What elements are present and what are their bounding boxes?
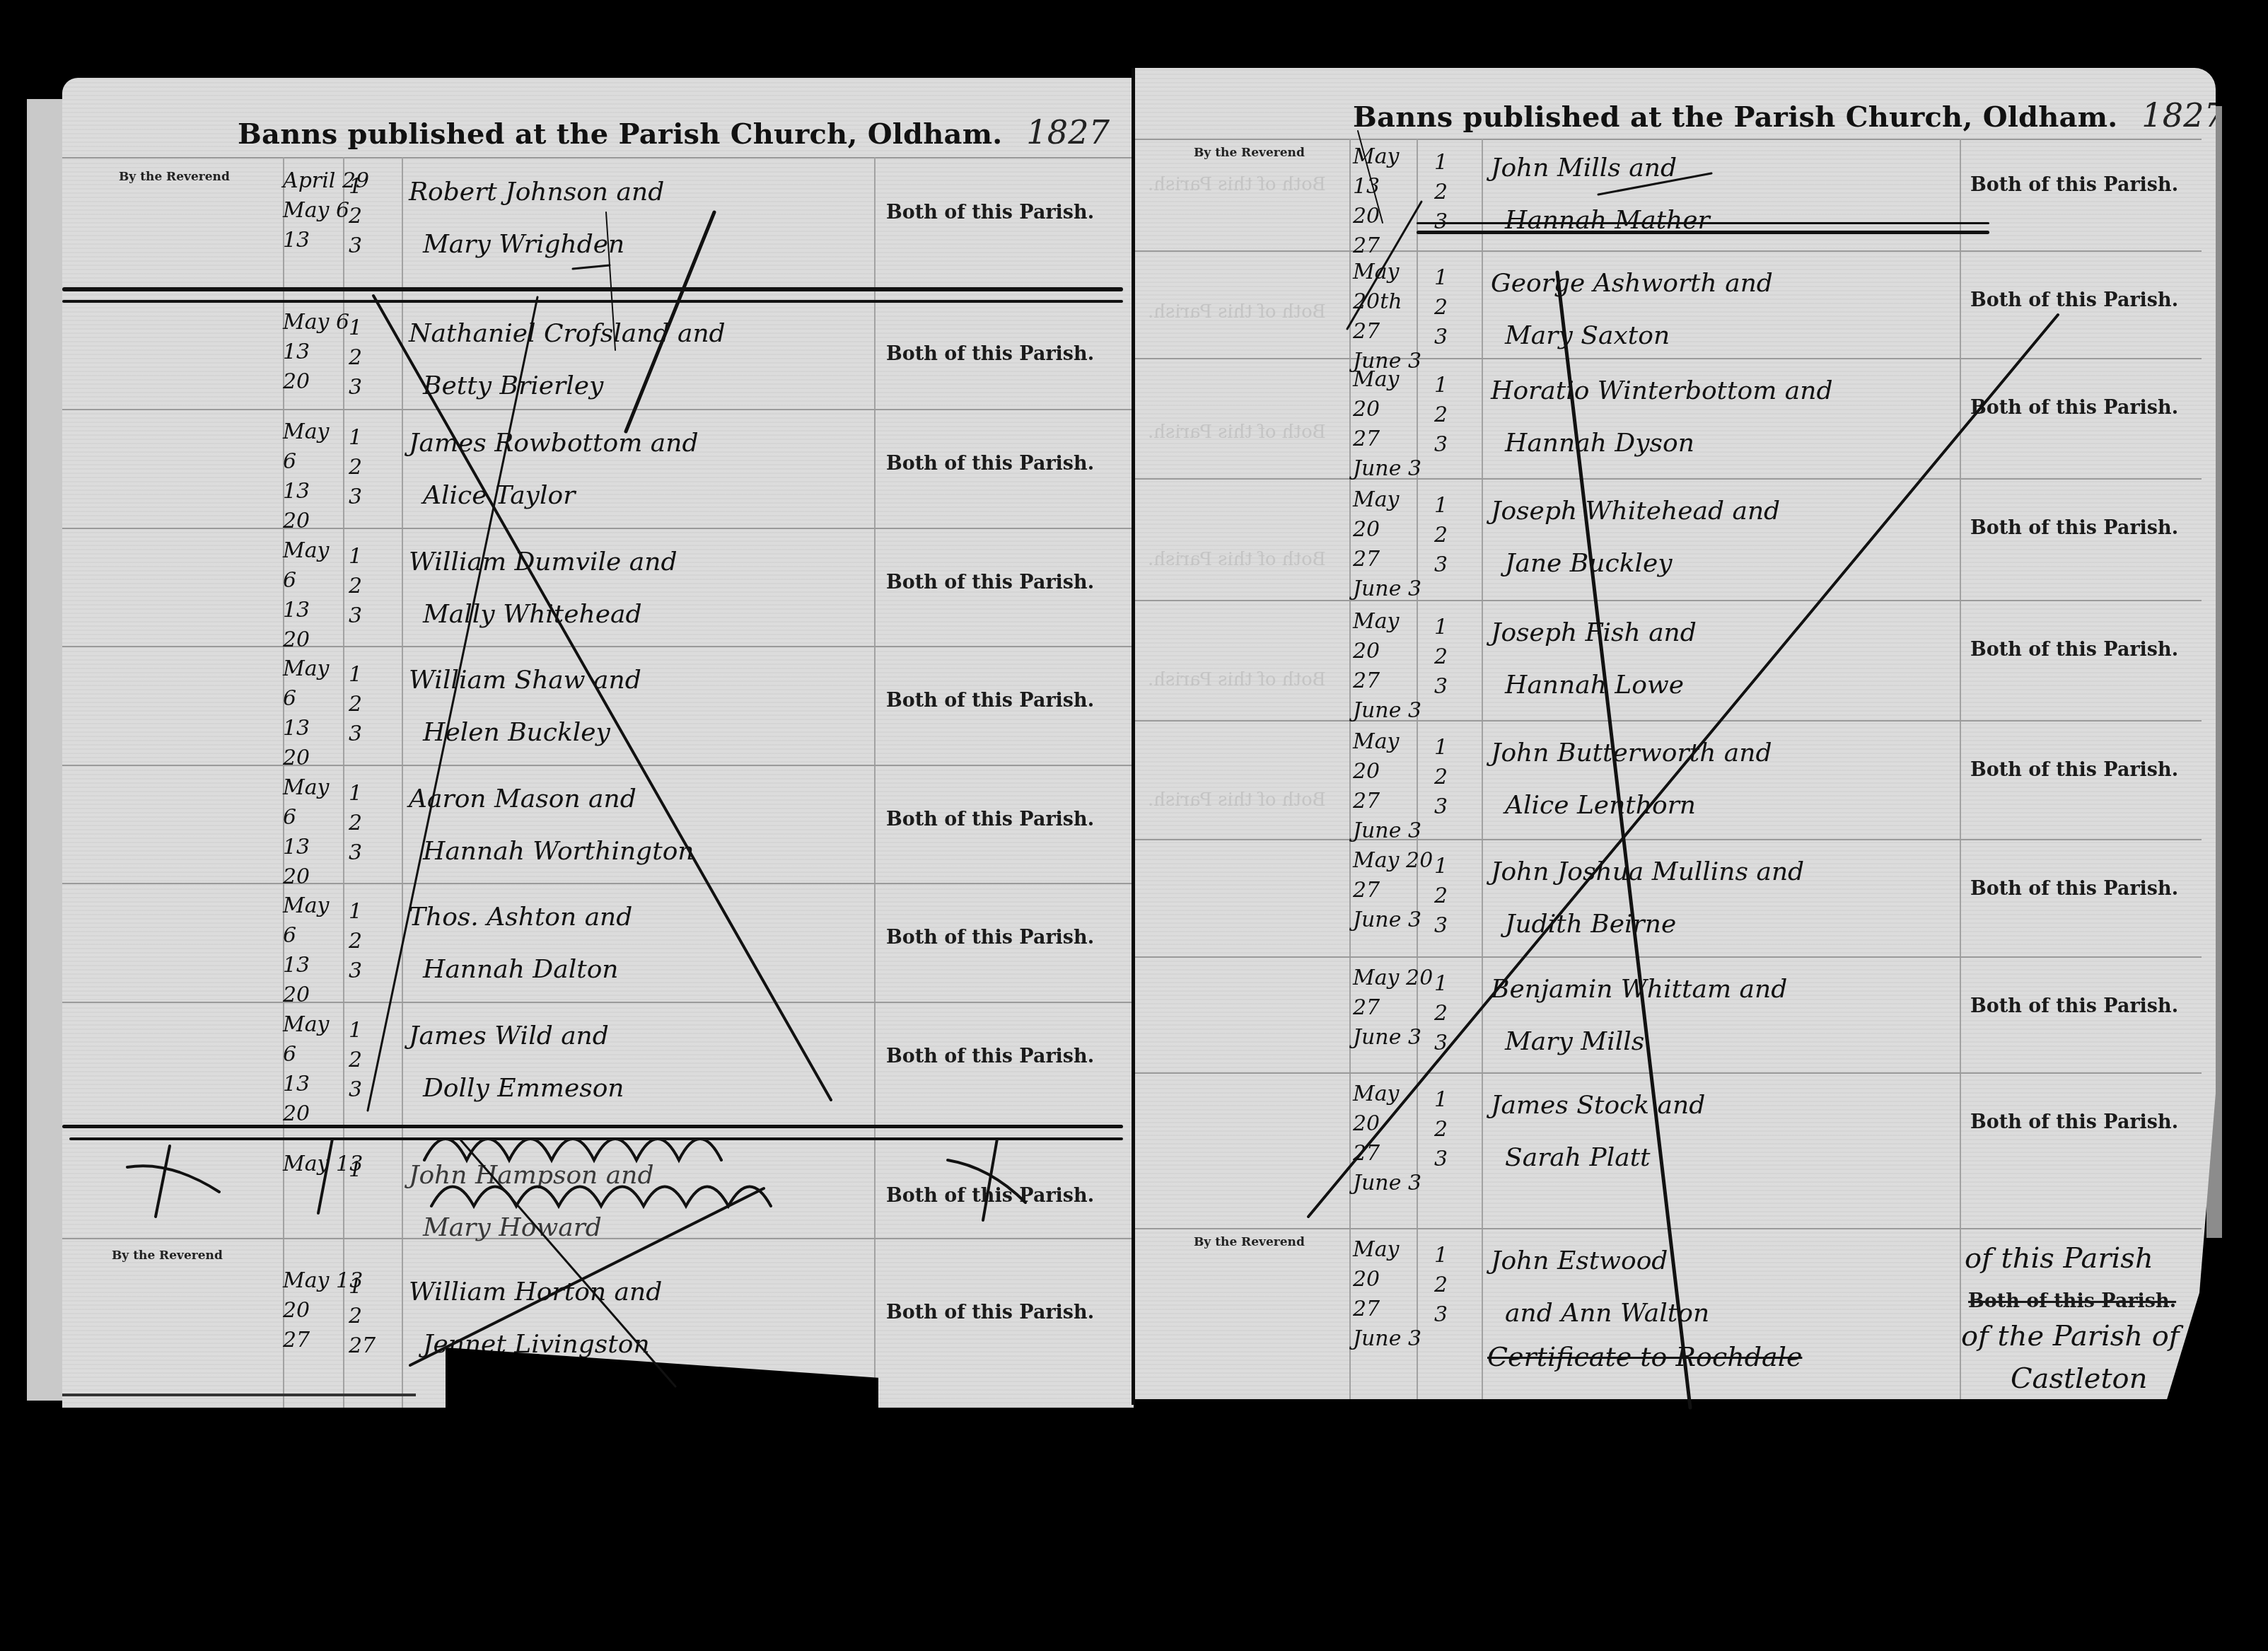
- year-handwritten: 1827: [2141, 96, 2216, 134]
- groom-name: Nathaniel Crofsland and: [409, 308, 726, 360]
- bride-name: Hannah Dalton: [409, 944, 632, 996]
- publication-numbers: 1 2 27: [349, 1272, 376, 1361]
- book-gutter: [1132, 68, 1135, 1405]
- parish-status: Both of this Parish.: [1970, 639, 2178, 661]
- bride-name: Helen Buckley: [409, 707, 641, 759]
- groom-name: John Mills and: [1491, 142, 1710, 195]
- parish-status: Both of this Parish.: [1970, 759, 2178, 781]
- bride-parish-handwritten: of the Parish of: [1961, 1320, 2180, 1352]
- double-rule: [69, 1137, 1123, 1140]
- bottom-rule: [62, 1394, 416, 1396]
- groom-name: James Stock and: [1491, 1079, 1705, 1132]
- publication-numbers: 1 2 3: [349, 897, 362, 986]
- officiant-label: By the Reverend: [112, 1249, 223, 1263]
- row-rule: [1134, 478, 2202, 480]
- parish-status: Both of this Parish.: [886, 927, 1094, 949]
- parish-status: Both of this Parish.: [886, 809, 1094, 830]
- publication-numbers: 1 2 3: [1434, 969, 1448, 1058]
- bride-name: Alice Taylor: [409, 470, 698, 522]
- publication-dates: May 20th 27 June 3: [1353, 257, 1421, 376]
- publication-dates: May 20 27 June 3: [1353, 607, 1421, 726]
- left-page: Banns published at the Parish Church, Ol…: [62, 78, 1134, 1408]
- row-rule: [1134, 956, 2202, 958]
- publication-numbers: 1 2 3: [349, 423, 362, 512]
- groom-name: William Shaw and: [409, 654, 641, 707]
- couple-names: William Dumvile andMally Whitehead: [409, 536, 677, 641]
- bleed-through-text: Both of this Parish.: [1148, 422, 1326, 443]
- bride-name: Mally Whitehead: [409, 589, 677, 641]
- groom-name: John Joshua Mullins and: [1491, 846, 1804, 898]
- officiant-label: By the Reverend: [1194, 146, 1305, 160]
- parish-status: Both of this Parish.: [1970, 289, 2178, 311]
- officiant-label: By the Reverend: [1194, 1235, 1305, 1249]
- parish-status: Both of this Parish.: [1970, 397, 2178, 419]
- groom-name: William Dumvile and: [409, 536, 677, 589]
- publication-numbers: 1 2 3: [1434, 491, 1448, 580]
- couple-names: George Ashworth andMary Saxton: [1491, 257, 1773, 362]
- publication-dates: May 20 27 June 3: [1353, 1235, 1421, 1354]
- column-rule-date: [1349, 139, 1351, 1399]
- bride-name: Mary Howard: [409, 1202, 653, 1254]
- bride-name: Mary Saxton: [1491, 310, 1773, 362]
- row-rule: [62, 765, 1134, 766]
- publication-numbers: 1 2 3: [1434, 1241, 1448, 1330]
- header-rule: [1134, 139, 2202, 140]
- bleed-through-text: Both of this Parish.: [1148, 301, 1326, 323]
- groom-name: George Ashworth and: [1491, 257, 1773, 310]
- publication-numbers: 1 2 3: [1434, 852, 1448, 941]
- bleed-through-text: Both of this Parish.: [1148, 789, 1326, 811]
- couple-names: John Estwoodand Ann Walton: [1491, 1235, 1709, 1340]
- printed-parish-struck: Both of this Parish.: [1968, 1290, 2176, 1312]
- double-rule: [62, 300, 1123, 303]
- couple-names: Thos. Ashton andHannah Dalton: [409, 891, 632, 996]
- couple-names: Aaron Mason andHannah Worthington: [409, 773, 694, 878]
- bride-name: Alice Lenthorn: [1491, 780, 1772, 832]
- bleed-through-text: Both of this Parish.: [1148, 669, 1326, 690]
- bride-name: Mary Mills: [1491, 1016, 1787, 1068]
- groom-name: Aaron Mason and: [409, 773, 694, 825]
- groom-name: James Wild and: [409, 1010, 624, 1062]
- double-rule: [62, 1125, 1123, 1128]
- bride-name: Jane Buckley: [1491, 538, 1780, 590]
- bride-parish-place: Castleton: [2011, 1362, 2147, 1395]
- year-handwritten: 1827: [1026, 113, 1110, 151]
- couple-names: Robert Johnson andMary Wrighden: [409, 166, 664, 271]
- couple-names: James Wild andDolly Emmeson: [409, 1010, 624, 1115]
- column-rule-parish: [874, 157, 876, 1408]
- parish-status: Both of this Parish.: [1970, 517, 2178, 539]
- publication-dates: May 20 27 June 3: [1353, 846, 1433, 935]
- publication-numbers: 1 2 3: [349, 172, 362, 261]
- couple-names: James Stock andSarah Platt: [1491, 1079, 1705, 1184]
- title-text: Banns published at the Parish Church, Ol…: [1353, 100, 2117, 134]
- parish-status: Both of this Parish.: [886, 343, 1094, 365]
- parish-status: Both of this Parish.: [886, 572, 1094, 593]
- groom-name: Robert Johnson and: [409, 166, 664, 219]
- publication-numbers: 1 2 3: [349, 660, 362, 749]
- header-rule: [62, 157, 1134, 158]
- couple-names: Joseph Whitehead andJane Buckley: [1491, 485, 1780, 590]
- bride-name: Hannah Mather: [1491, 195, 1710, 247]
- row-rule: [1134, 600, 2202, 601]
- column-rule-names: [402, 157, 403, 1408]
- groom-name: Benjamin Whittam and: [1491, 963, 1787, 1016]
- column-rule-names: [1482, 139, 1483, 1399]
- groom-parish-handwritten: of this Parish: [1965, 1242, 2153, 1275]
- right-page: Banns published at the Parish Church, Ol…: [1134, 68, 2216, 1399]
- page-title: Banns published at the Parish Church, Ol…: [1353, 96, 2216, 134]
- parish-status: Both of this Parish.: [886, 453, 1094, 475]
- bride-name: Judith Beirne: [1491, 898, 1804, 951]
- groom-name: John Hampson and: [409, 1149, 653, 1202]
- parish-status: Both of this Parish.: [886, 1302, 1094, 1323]
- groom-name: James Rowbottom and: [409, 417, 698, 470]
- parish-status: Both of this Parish.: [1970, 1111, 2178, 1133]
- couple-names: Benjamin Whittam andMary Mills: [1491, 963, 1787, 1068]
- publication-dates: May 13 20 27: [1353, 142, 1400, 261]
- publication-dates: May 20 27 June 3: [1353, 727, 1421, 846]
- groom-name: Joseph Whitehead and: [1491, 485, 1780, 538]
- bride-name: Dolly Emmeson: [409, 1062, 624, 1115]
- parish-status: Both of this Parish.: [886, 690, 1094, 712]
- bleed-through-text: Both of this Parish.: [1148, 174, 1326, 195]
- parish-status: Both of this Parish.: [1970, 878, 2178, 900]
- couple-names: James Rowbottom andAlice Taylor: [409, 417, 698, 522]
- couple-names: Joseph Fish andHannah Lowe: [1491, 607, 1697, 712]
- couple-names: Nathaniel Crofsland andBetty Brierley: [409, 308, 726, 412]
- publication-dates: May 6 13 20: [283, 891, 330, 1010]
- groom-name: Thos. Ashton and: [409, 891, 632, 944]
- parish-status: Both of this Parish.: [886, 202, 1094, 224]
- page-title: Banns published at the Parish Church, Ol…: [238, 113, 1110, 151]
- couple-names: John Mills andHannah Mather: [1491, 142, 1710, 247]
- bride-name: and Ann Walton: [1491, 1287, 1709, 1340]
- bride-name: Mary Wrighden: [409, 219, 664, 271]
- publication-dates: May 6 13 20: [283, 654, 330, 773]
- bride-name: Hannah Dyson: [1491, 417, 1833, 470]
- publication-dates: May 6 13 20: [283, 773, 330, 892]
- publication-numbers: 1 2 3: [349, 779, 362, 868]
- column-rule-parish: [1960, 139, 1961, 1399]
- row-rule: [1134, 250, 2202, 252]
- officiant-label: By the Reverend: [119, 170, 230, 184]
- groom-name: John Butterworth and: [1491, 727, 1772, 780]
- bride-name: Hannah Lowe: [1491, 659, 1697, 712]
- bride-name: Betty Brierley: [409, 360, 726, 412]
- left-page-edge: [27, 99, 64, 1401]
- couple-names: Horatio Winterbottom andHannah Dyson: [1491, 365, 1833, 470]
- publication-numbers: 1: [349, 1155, 362, 1185]
- publication-numbers: 1 2 3: [349, 1016, 362, 1105]
- publication-numbers: 1 2 3: [1434, 148, 1448, 237]
- publication-numbers: 1 2 3: [1434, 733, 1448, 822]
- row-rule: [1134, 839, 2202, 840]
- couple-names: John Joshua Mullins andJudith Beirne: [1491, 846, 1804, 951]
- publication-numbers: 1 2 3: [1434, 371, 1448, 460]
- publication-dates: May 6 13 20: [283, 308, 349, 397]
- row-rule: [1134, 720, 2202, 722]
- double-rule: [62, 287, 1123, 291]
- publication-dates: May 20 27 June 3: [1353, 1079, 1421, 1198]
- certificate-note: Certificate to Rochdale: [1487, 1341, 1802, 1372]
- publication-numbers: 1 2 3: [349, 313, 362, 402]
- title-text: Banns published at the Parish Church, Ol…: [238, 117, 1002, 151]
- row-rule: [62, 1002, 1134, 1003]
- bleed-through-text: Both of this Parish.: [1148, 549, 1326, 570]
- publication-numbers: 1 2 3: [349, 542, 362, 631]
- publication-dates: May 6 13 20: [283, 417, 330, 536]
- publication-dates: May 20 27 June 3: [1353, 485, 1421, 604]
- couple-names: William Shaw andHelen Buckley: [409, 654, 641, 759]
- publication-numbers: 1 2 3: [1434, 613, 1448, 702]
- groom-name: Horatio Winterbottom and: [1491, 365, 1833, 417]
- bride-name: Hannah Worthington: [409, 825, 694, 878]
- row-rule: [1134, 1072, 2202, 1074]
- groom-name: John Estwood: [1491, 1235, 1709, 1287]
- publication-dates: May 20 27 June 3: [1353, 963, 1433, 1053]
- publication-numbers: 1 2 3: [1434, 1085, 1448, 1174]
- row-rule: [62, 883, 1134, 884]
- parish-status: Both of this Parish.: [886, 1185, 1094, 1207]
- row-rule: [1134, 1228, 2202, 1229]
- row-rule: [62, 528, 1134, 529]
- publication-dates: May 20 27 June 3: [1353, 365, 1421, 484]
- parish-status: Both of this Parish.: [886, 1045, 1094, 1067]
- couple-names: John Hampson andMary Howard: [409, 1149, 653, 1254]
- bride-name: Sarah Platt: [1491, 1132, 1705, 1184]
- parish-status: Both of this Parish.: [1970, 174, 2178, 196]
- publication-dates: May 6 13 20: [283, 1010, 330, 1129]
- row-rule: [62, 646, 1134, 647]
- couple-names: John Butterworth andAlice Lenthorn: [1491, 727, 1772, 832]
- groom-name: Joseph Fish and: [1491, 607, 1697, 659]
- groom-name: William Horton and: [409, 1266, 662, 1319]
- publication-dates: May 6 13 20: [283, 536, 330, 655]
- publication-numbers: 1 2 3: [1434, 263, 1448, 352]
- parish-status: Both of this Parish.: [1970, 995, 2178, 1017]
